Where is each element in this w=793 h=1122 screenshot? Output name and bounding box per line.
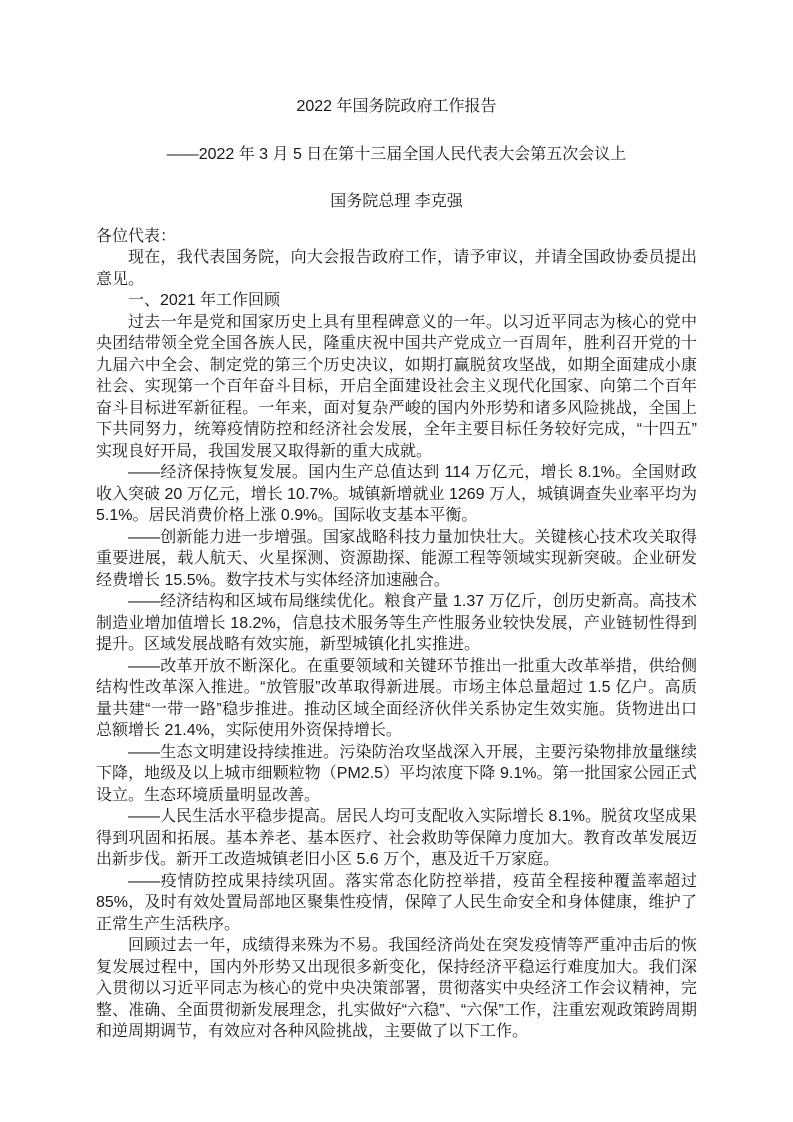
document-title: 2022 年国务院政府工作报告 [96, 96, 697, 118]
paragraph-intro: 现在，我代表国务院，向大会报告政府工作，请予审议，并请全国政协委员提出意见。 [96, 247, 697, 290]
paragraph-reform-opening: ——改革开放不断深化。在重要领域和关键环节推出一批重大改革举措，供给侧结构性改革… [96, 656, 697, 742]
section-heading-2021-review: 一、2021 年工作回顾 [96, 290, 697, 312]
paragraph-innovation: ——创新能力进一步增强。国家战略科技力量加快壮大。关键核心技术攻关取得重要进展，… [96, 527, 697, 592]
paragraph-living-standards: ——人民生活水平稳步提高。居民人均可支配收入实际增长 8.1%。脱贫攻坚成果得到… [96, 806, 697, 871]
paragraph-covid-control: ——疫情防控成果持续巩固。落实常态化防控举措，疫苗全程接种覆盖率超过 85%，及… [96, 871, 697, 936]
document-subtitle: ——2022 年 3 月 5 日在第十三届全国人民代表大会第五次会议上 [96, 144, 697, 166]
paragraph-economic-structure: ——经济结构和区域布局继续优化。粮食产量 1.37 万亿斤，创历史新高。高技术制… [96, 591, 697, 656]
paragraph-ecological: ——生态文明建设持续推进。污染防治攻坚战深入开展，主要污染物排放量继续下降，地级… [96, 742, 697, 807]
document-page: 2022 年国务院政府工作报告 ——2022 年 3 月 5 日在第十三届全国人… [0, 0, 793, 1122]
paragraph-year-overview: 过去一年是党和国家历史上具有里程碑意义的一年。以习近平同志为核心的党中央团结带领… [96, 312, 697, 463]
paragraph-review-summary: 回顾过去一年，成绩得来殊为不易。我国经济尚处在突发疫情等严重冲击后的恢复发展过程… [96, 935, 697, 1043]
document-author-line: 国务院总理 李克强 [96, 191, 697, 213]
salutation: 各位代表： [96, 226, 697, 248]
paragraph-economic-recovery: ——经济保持恢复发展。国内生产总值达到 114 万亿元，增长 8.1%。全国财政… [96, 462, 697, 527]
